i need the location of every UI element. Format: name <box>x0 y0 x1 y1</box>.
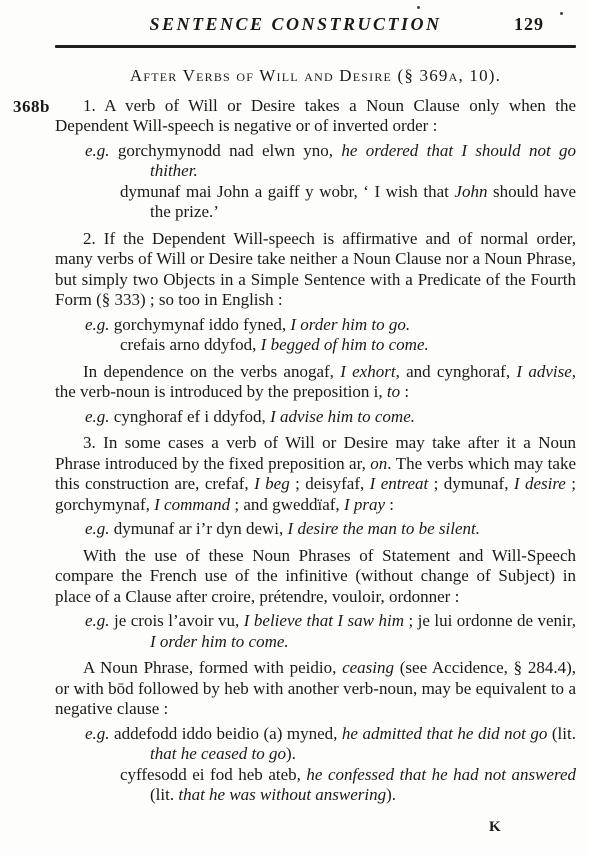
paragraph-1: 1. A verb of Will or Desire takes a Noun… <box>55 96 576 137</box>
printer-signature-mark: K <box>489 819 501 836</box>
example-block-6: e.g. addefodd iddo beidio (a) myned, he … <box>120 724 576 806</box>
example-block-4: e.g. dymunaf ar i’r dyn dewi, I desire t… <box>120 519 576 540</box>
example-block-1: e.g. gorchymynodd nad elwn yno, he order… <box>120 141 576 223</box>
example-item: e.g. gorchymynaf iddo fyned, I order him… <box>120 315 576 336</box>
example-block-3: e.g. cynghoraf ef i ddyfod, I advise him… <box>120 407 576 428</box>
page-body: After Verbs of Will and Desire (§ 369a, … <box>55 64 576 812</box>
example-item: cyffesodd ei fod heb ateb, he confessed … <box>120 765 576 806</box>
paragraph-2: 2. If the Dependent Will-speech is affir… <box>55 229 576 311</box>
book-page: SENTENCE CONSTRUCTION 129 368b After Ver… <box>0 0 589 856</box>
example-item: e.g. dymunaf ar i’r dyn dewi, I desire t… <box>120 519 576 540</box>
paragraph-3: In dependence on the verbs anogaf, I exh… <box>55 362 576 403</box>
example-item: crefais arno ddyfod, I begged of him to … <box>120 335 576 356</box>
example-item: dymunaf mai John a gaiff y wobr, ‘ I wis… <box>120 182 576 223</box>
paragraph-4: 3. In some cases a verb of Will or Desir… <box>55 433 576 515</box>
example-block-5: e.g. je crois l’avoir vu, I believe that… <box>120 611 576 652</box>
running-header: SENTENCE CONSTRUCTION 129 <box>55 14 576 44</box>
running-title: SENTENCE CONSTRUCTION <box>55 14 576 35</box>
section-heading: After Verbs of Will and Desire (§ 369a, … <box>55 66 576 87</box>
section-number-margin-ref: 368b <box>13 97 50 117</box>
example-item: e.g. addefodd iddo beidio (a) myned, he … <box>120 724 576 765</box>
paragraph-6: A Noun Phrase, formed with peidio, ceasi… <box>55 658 576 720</box>
header-rule <box>55 45 576 48</box>
example-item: e.g. je crois l’avoir vu, I believe that… <box>120 611 576 652</box>
scan-speck <box>560 12 563 15</box>
scan-speck <box>417 6 420 9</box>
page-number: 129 <box>514 14 544 35</box>
paragraph-5: With the use of these Noun Phrases of St… <box>55 546 576 608</box>
example-item: e.g. cynghoraf ef i ddyfod, I advise him… <box>120 407 576 428</box>
example-block-2: e.g. gorchymynaf iddo fyned, I order him… <box>120 315 576 356</box>
example-item: e.g. gorchymynodd nad elwn yno, he order… <box>120 141 576 182</box>
